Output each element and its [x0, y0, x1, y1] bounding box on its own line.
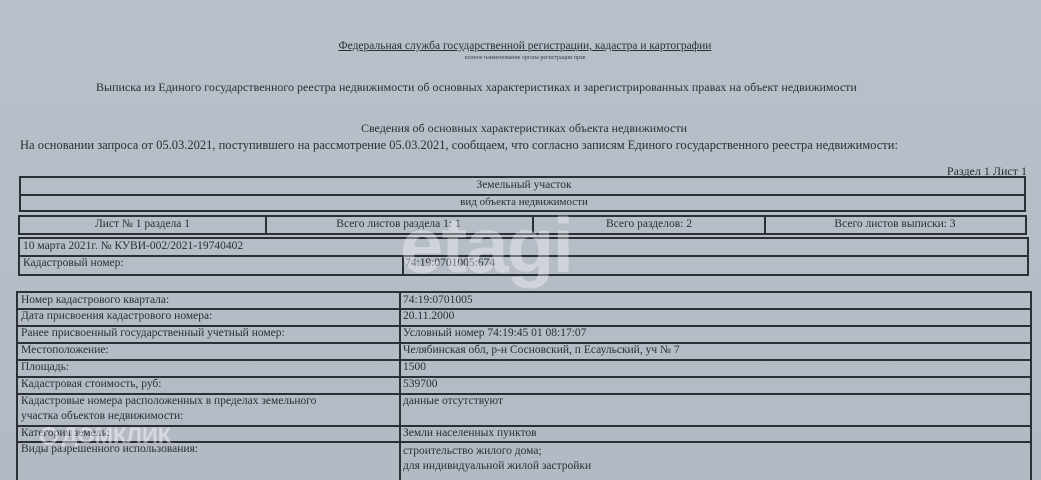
- etagi-watermark: etagi: [400, 200, 572, 291]
- agency-caption: полное наименование органа регистрации п…: [0, 55, 1041, 61]
- domclick-watermark: ДОМКЛИК: [40, 423, 171, 449]
- row-label: Кадастровая стоимость, руб:: [21, 378, 161, 390]
- table-row: Номер кадастрового квартала: 74:19:07010…: [18, 293, 1030, 310]
- cadastral-number-label: Кадастровый номер:: [23, 257, 124, 269]
- row-value: строительство жилого дома;: [403, 444, 591, 459]
- row-value: Челябинская обл, р-н Сосновский, п Есаул…: [400, 343, 680, 358]
- row-value: данные отсутствуют: [400, 394, 503, 409]
- row-value: 539700: [400, 377, 438, 392]
- request-text: На основании запроса от 05.03.2021, пост…: [20, 138, 898, 153]
- row-value: 74:19:0701005: [400, 293, 473, 308]
- extract-title: Выписка из Единого государственного реес…: [96, 80, 857, 95]
- sheets-total: Всего листов выписки: 3: [766, 217, 1024, 233]
- row-label: участка объектов недвижимости:: [21, 409, 1030, 424]
- row-label: Местоположение:: [21, 344, 109, 356]
- agency-name: Федеральная служба государственной регис…: [0, 40, 1041, 52]
- characteristics-table: Номер кадастрового квартала: 74:19:07010…: [16, 291, 1032, 480]
- domclick-watermark-text: ДОМКЛИК: [62, 423, 171, 448]
- row-label: Ранее присвоенный государственный учетны…: [21, 327, 285, 339]
- row-value: 1500: [400, 360, 426, 375]
- row-label: Номер кадастрового квартала:: [21, 294, 169, 306]
- table-row: Местоположение: Челябинская обл, р-н Сос…: [18, 343, 1030, 361]
- section-title: Сведения об основных характеристиках объ…: [0, 121, 1041, 136]
- domclick-logo-icon: [40, 427, 58, 445]
- row-value: Земли населенных пунктов: [400, 426, 537, 441]
- row-label: Кадастровые номера расположенных в преде…: [21, 394, 1030, 409]
- sheet-number: Лист № 1 раздела 1: [20, 217, 265, 233]
- row-label: Дата присвоения кадастрового номера:: [21, 310, 212, 322]
- row-label: Площадь:: [21, 361, 69, 373]
- table-row: Дата присвоения кадастрового номера: 20.…: [18, 309, 1030, 327]
- row-value: для индивидуальной жилой застройки: [403, 459, 591, 474]
- object-type: Земельный участок: [21, 178, 1024, 196]
- row-value: 20.11.2000: [400, 309, 454, 324]
- row-value: Условный номер 74:19:45 01 08:17:07: [400, 326, 586, 341]
- table-row: Площадь: 1500: [18, 360, 1030, 378]
- table-row: Кадастровая стоимость, руб: 539700: [18, 377, 1030, 395]
- table-row: Ранее присвоенный государственный учетны…: [18, 326, 1030, 344]
